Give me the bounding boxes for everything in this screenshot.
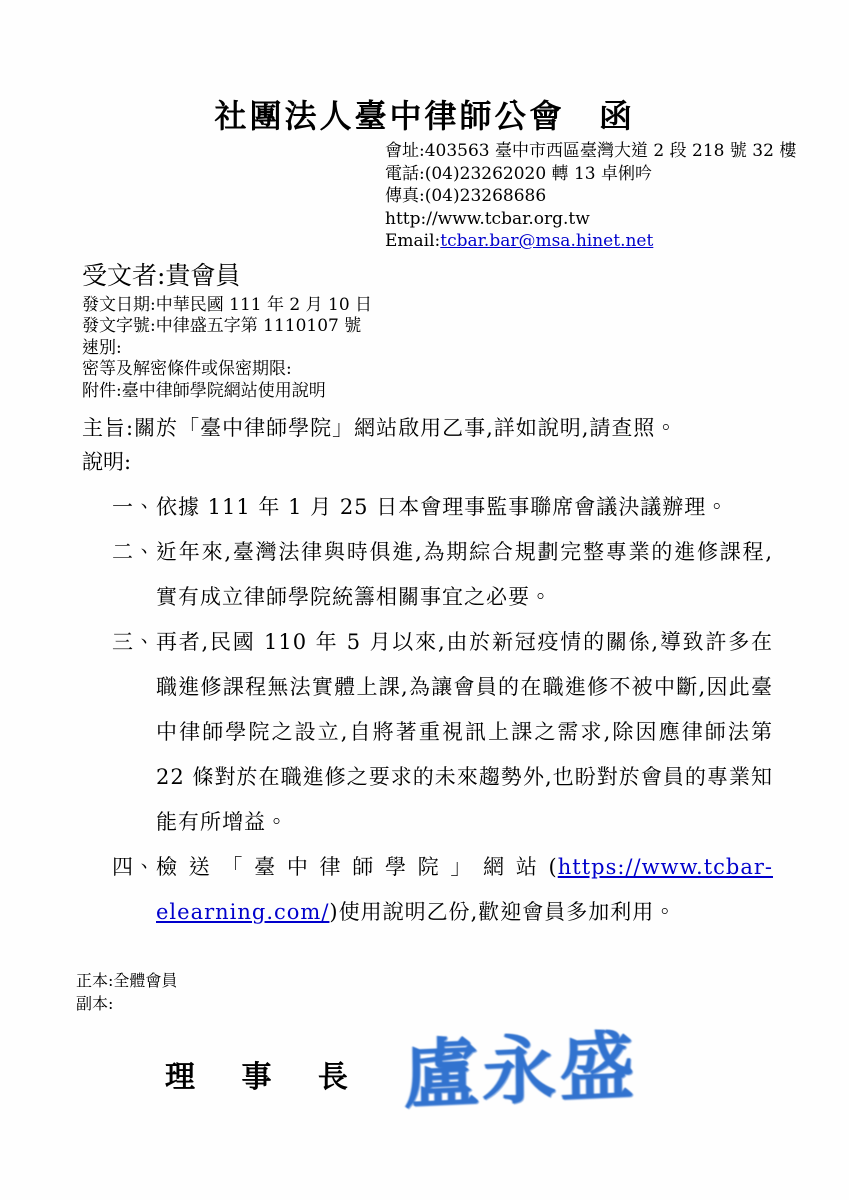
signer-title: 理 事 長 <box>165 1052 366 1096</box>
meta-ref-no: 發文字號:中律盛五字第 1110107 號 <box>82 316 849 338</box>
explanation-label: 說明: <box>82 445 849 479</box>
meta-security: 密等及解密條件或保密期限: <box>82 359 849 381</box>
copies-block: 正本:全體會員 副本: <box>76 969 849 1015</box>
contact-fax: 傳真:(04)23268686 <box>385 185 849 208</box>
contact-email-link[interactable]: tcbar.bar@msa.hinet.net <box>440 231 653 251</box>
contact-phone: 電話:(04)23262020 轉 13 卓俐吟 <box>385 163 849 186</box>
contact-email-label: Email: <box>385 231 440 251</box>
meta-attachment: 附件:臺中律師學院網站使用說明 <box>82 381 849 403</box>
document-title: 社團法人臺中律師公會 函 <box>0 0 849 138</box>
meta-date: 發文日期:中華民國 111 年 2 月 10 日 <box>82 295 849 317</box>
contact-website: http://www.tcbar.org.tw <box>385 208 849 231</box>
item-text-after-link: )使用說明乙份,歡迎會員多加利用。 <box>329 900 676 924</box>
item-marker: 三、 <box>112 620 156 665</box>
list-item: 四、 檢送「臺中律師學院」網站(https://www.tcbar-elearn… <box>112 845 773 935</box>
meta-block: 發文日期:中華民國 111 年 2 月 10 日 發文字號:中律盛五字第 111… <box>82 295 849 403</box>
list-item: 二、 近年來,臺灣法律與時俱進,為期綜合規劃完整專業的進修課程,實有成立律師學院… <box>112 530 773 620</box>
contact-block: 會址:403563 臺中市西區臺灣大道 2 段 218 號 32 樓 電話:(0… <box>385 140 849 253</box>
item-text-with-link: 檢送「臺中律師學院」網站(https://www.tcbar-elearning… <box>156 845 773 935</box>
list-item: 三、 再者,民國 110 年 5 月以來,由於新冠疫情的關係,導致許多在職進修課… <box>112 620 773 845</box>
original-copy-line: 正本:全體會員 <box>76 969 849 992</box>
item-text: 再者,民國 110 年 5 月以來,由於新冠疫情的關係,導致許多在職進修課程無法… <box>156 620 773 845</box>
item-text: 依據 111 年 1 月 25 日本會理事監事聯席會議決議辦理。 <box>156 485 773 530</box>
recipient-line: 受文者:貴會員 <box>82 259 849 293</box>
carbon-copy-line: 副本: <box>76 992 849 1015</box>
item-text-before-link: 檢送「臺中律師學院」網站( <box>156 855 558 879</box>
subject-line: 主旨:關於「臺中律師學院」網站啟用乙事,詳如說明,請查照。 <box>82 411 779 445</box>
signature-row: 理 事 長 盧永盛 <box>165 1019 849 1129</box>
contact-address: 會址:403563 臺中市西區臺灣大道 2 段 218 號 32 樓 <box>385 140 849 163</box>
item-marker: 一、 <box>112 485 156 530</box>
contact-email-line: Email:tcbar.bar@msa.hinet.net <box>385 230 849 253</box>
item-marker: 二、 <box>112 530 156 575</box>
letter-page: 社團法人臺中律師公會 函 會址:403563 臺中市西區臺灣大道 2 段 218… <box>0 0 849 1200</box>
item-text: 近年來,臺灣法律與時俱進,為期綜合規劃完整專業的進修課程,實有成立律師學院統籌相… <box>156 530 773 620</box>
item-marker: 四、 <box>112 845 156 890</box>
meta-priority: 速別: <box>82 338 849 360</box>
list-item: 一、 依據 111 年 1 月 25 日本會理事監事聯席會議決議辦理。 <box>112 485 773 530</box>
explanation-items: 一、 依據 111 年 1 月 25 日本會理事監事聯席會議決議辦理。 二、 近… <box>112 485 773 935</box>
president-signature-stamp: 盧永盛 <box>404 1007 639 1123</box>
